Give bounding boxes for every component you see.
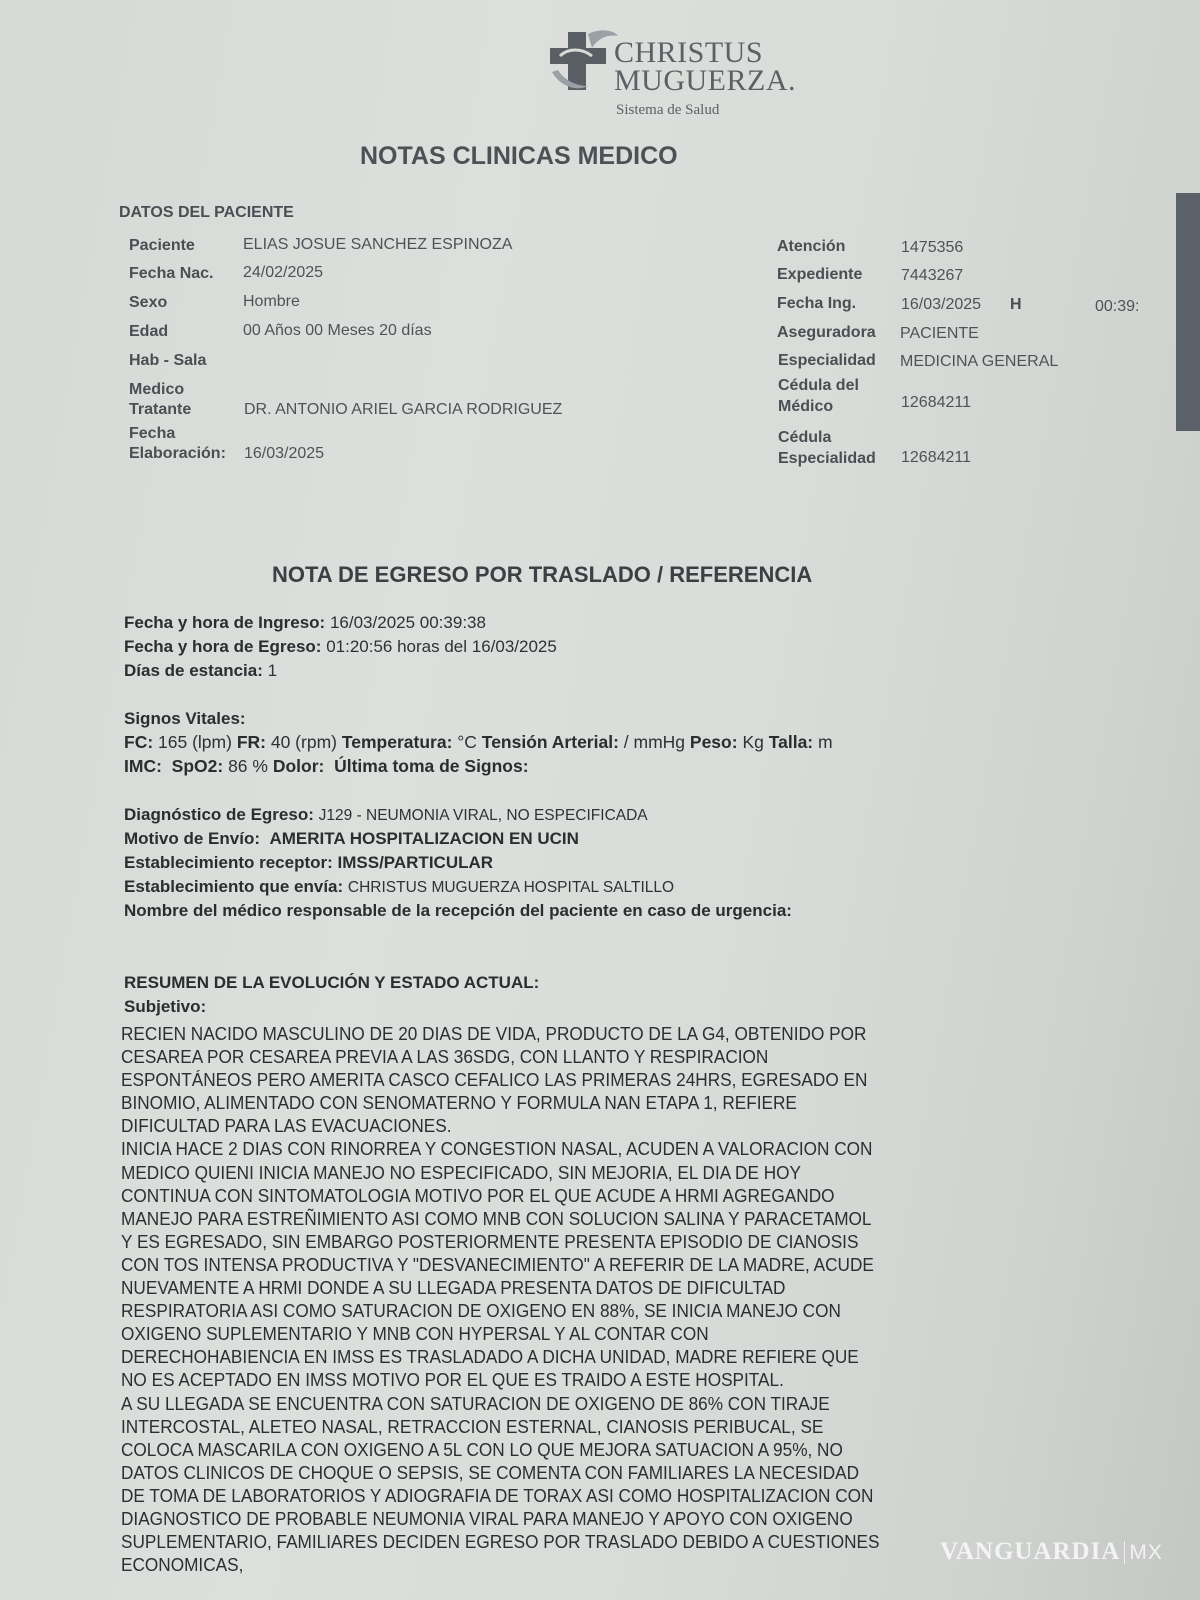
diagnosis-line: Diagnóstico de Egreso: J129 - NEUMONIA V… (124, 805, 648, 825)
elaboration-label-line1: Fecha (129, 424, 175, 444)
sex-value: Hombre (243, 292, 300, 312)
blood-pressure-label: Tensión Arterial: (482, 732, 619, 752)
height-value: m (818, 732, 833, 752)
weight-value: Kg (742, 732, 763, 752)
fc-value: 165 (lpm) (158, 732, 232, 752)
receiver-label: Establecimiento receptor: (124, 853, 333, 872)
subjective-line: RESPIRATORIA ASI COMO SATURACION DE OXIG… (121, 1299, 995, 1322)
doctor-label-line2: Tratante (129, 400, 191, 420)
last-vitals-label: Última toma de Signos: (334, 756, 528, 776)
subjective-line: ESPONTÁNEOS PERO AMERITA CASCO CEFALICO … (121, 1068, 995, 1091)
height-label: Talla: (769, 732, 813, 752)
publisher-watermark: VANGUARDIAMX (940, 1538, 1163, 1566)
subjective-line: MANEJO PARA ESTREÑIMIENTO ASI COMO MNB C… (121, 1207, 995, 1230)
discharge-line: Fecha y hora de Egreso: 01:20:56 horas d… (124, 637, 557, 657)
subjective-line: RECIEN NACIDO MASCULINO DE 20 DIAS DE VI… (121, 1022, 995, 1045)
birthdate-label: Fecha Nac. (129, 264, 213, 284)
subjective-line: OXIGENO SUPLEMENTARIO Y MNB CON HYPERSAL… (121, 1322, 995, 1345)
subjective-line: DIFICULTAD PARA LAS EVACUACIONES. (121, 1114, 995, 1137)
attention-label: Atención (777, 237, 845, 257)
summary-heading: RESUMEN DE LA EVOLUCIÓN Y ESTADO ACTUAL: (124, 973, 539, 992)
subjective-line: DERECHOHABIENCIA EN IMSS ES TRASLADADO A… (121, 1345, 995, 1368)
insurer-value: PACIENTE (900, 324, 979, 344)
subjective-line: DIAGNOSTICO DE PROBABLE NEUMONIA VIRAL P… (121, 1507, 995, 1530)
specialty-id-value: 12684211 (901, 448, 971, 468)
logo-name-line2: MUGUERZA. (614, 64, 796, 98)
doctor-value: DR. ANTONIO ARIEL GARCIA RODRIGUEZ (244, 400, 562, 420)
vitals-line-2: IMC: SpO2: 86 % Dolor: Última toma de Si… (124, 756, 529, 777)
watermark-brand: VANGUARDIA (940, 1538, 1120, 1565)
pain-label: Dolor: (273, 756, 325, 776)
subjective-line: A SU LLEGADA SE ENCUENTRA CON SATURACION… (121, 1392, 995, 1415)
specialty-label: Especialidad (778, 351, 876, 371)
patient-section-heading: DATOS DEL PACIENTE (119, 204, 294, 222)
fr-value: 40 (rpm) (271, 732, 337, 752)
reason-value: AMERITA HOSPITALIZACION EN UCIN (269, 829, 578, 848)
temperature-label: Temperatura: (342, 732, 453, 752)
admission-label: Fecha y hora de Ingreso: (124, 613, 325, 632)
temperature-value: °C (457, 732, 477, 752)
admission-hour-label: H (1010, 295, 1022, 315)
logo-subtitle: Sistema de Salud (616, 102, 719, 119)
sender-label: Establecimiento que envía: (124, 877, 343, 896)
sender-value: CHRISTUS MUGUERZA HOSPITAL SALTILLO (348, 879, 674, 896)
subjective-line: NO ES ACEPTADO EN IMSS MOTIVO POR EL QUE… (121, 1368, 995, 1391)
subjective-text: RECIEN NACIDO MASCULINO DE 20 DIAS DE VI… (121, 1022, 995, 1576)
note-title: NOTA DE EGRESO POR TRASLADO / REFERENCIA (272, 562, 812, 588)
cross-logo-icon (548, 26, 618, 96)
elaboration-label-line2: Elaboración: (129, 444, 226, 464)
attention-value: 1475356 (901, 238, 963, 258)
subjective-line: MEDICO QUIENI INICIA MANEJO NO ESPECIFIC… (121, 1161, 995, 1184)
admission-line: Fecha y hora de Ingreso: 16/03/2025 00:3… (124, 613, 486, 633)
bmi-label: IMC: (124, 756, 162, 776)
spo2-value: 86 % (228, 756, 268, 776)
specialty-id-label-line2: Especialidad (778, 449, 876, 469)
stay-line: Días de estancia: 1 (124, 661, 277, 681)
watermark-suffix: MX (1124, 1541, 1163, 1564)
binder-tab (1176, 193, 1200, 431)
subjective-line: ECONOMICAS, (121, 1553, 995, 1576)
insurer-label: Aseguradora (777, 323, 876, 343)
receiver-line: Establecimiento receptor: IMSS/PARTICULA… (124, 853, 493, 873)
admission-date-value: 16/03/2025 (901, 295, 981, 315)
vitals-heading-line: Signos Vitales: (124, 709, 246, 729)
specialty-value: MEDICINA GENERAL (900, 352, 1058, 372)
discharge-label: Fecha y hora de Egreso: (124, 637, 321, 656)
subjective-label-line: Subjetivo: (124, 997, 206, 1017)
subjective-line: BINOMIO, ALIMENTADO CON SENOMATERNO Y FO… (121, 1091, 995, 1114)
receiving-doctor-label: Nombre del médico responsable de la rece… (124, 901, 792, 920)
birthdate-value: 24/02/2025 (243, 263, 323, 283)
stay-days: 1 (268, 661, 277, 680)
diagnosis-label: Diagnóstico de Egreso: (124, 805, 314, 824)
record-value: 7443267 (901, 266, 963, 286)
admission-hour-value: 00:39: (1095, 297, 1139, 317)
specialty-id-label-line1: Cédula (778, 428, 831, 448)
record-label: Expediente (777, 265, 862, 285)
subjective-line: Y ES EGRESADO, SIN EMBARGO POSTERIORMENT… (121, 1230, 995, 1253)
age-label: Edad (129, 322, 168, 342)
age-value: 00 Años 00 Meses 20 días (243, 321, 432, 341)
subjective-line: COLOCA MASCARILA CON OXIGENO A 5L CON LO… (121, 1438, 995, 1461)
doctor-label-line1: Medico (129, 380, 184, 400)
reason-line: Motivo de Envío: AMERITA HOSPITALIZACION… (124, 829, 579, 849)
diagnosis-value: J129 - NEUMONIA VIRAL, NO ESPECIFICADA (319, 807, 648, 824)
sex-label: Sexo (129, 293, 167, 313)
subjective-line: INTERCOSTAL, ALETEO NASAL, RETRACCION ES… (121, 1415, 995, 1438)
subjective-line: CESAREA POR CESAREA PREVIA A LAS 36SDG, … (121, 1045, 995, 1068)
sender-line: Establecimiento que envía: CHRISTUS MUGU… (124, 877, 674, 897)
subjective-line: SUPLEMENTARIO, FAMILIARES DECIDEN EGRESO… (121, 1530, 995, 1553)
weight-label: Peso: (690, 732, 738, 752)
receiver-value: IMSS/PARTICULAR (338, 853, 494, 872)
subjective-line: CONTINUA CON SINTOMATOLOGIA MOTIVO POR E… (121, 1184, 995, 1207)
reason-label: Motivo de Envío: (124, 829, 260, 848)
subjective-label: Subjetivo: (124, 997, 206, 1016)
spo2-label: SpO2: (172, 756, 224, 776)
patient-name: ELIAS JOSUE SANCHEZ ESPINOZA (243, 235, 512, 255)
subjective-line: CON TOS INTENSA PRODUCTIVA Y "DESVANECIM… (121, 1253, 995, 1276)
admission-date-label: Fecha Ing. (777, 294, 856, 314)
admission-datetime: 16/03/2025 00:39:38 (330, 613, 486, 632)
receiving-doctor-line: Nombre del médico responsable de la rece… (124, 901, 792, 921)
room-label: Hab - Sala (129, 351, 206, 371)
doctor-id-label-line2: Médico (778, 397, 833, 417)
doctor-id-label-line1: Cédula del (778, 376, 859, 396)
subjective-line: DATOS CLINICOS DE CHOQUE O SEPSIS, SE CO… (121, 1461, 995, 1484)
subjective-line: NUEVAMENTE A HRMI DONDE A SU LLEGADA PRE… (121, 1276, 995, 1299)
patient-label: Paciente (129, 236, 195, 256)
fr-label: FR: (237, 732, 266, 752)
summary-heading-line: RESUMEN DE LA EVOLUCIÓN Y ESTADO ACTUAL: (124, 973, 539, 993)
document-title: NOTAS CLINICAS MEDICO (360, 142, 678, 171)
clinical-note-page: CHRISTUS MUGUERZA. Sistema de Salud NOTA… (0, 0, 1200, 1600)
christus-muguerza-logo: CHRISTUS MUGUERZA. Sistema de Salud (548, 26, 788, 126)
blood-pressure-value: / mmHg (624, 732, 685, 752)
vitals-line-1: FC: 165 (lpm) FR: 40 (rpm) Temperatura: … (124, 732, 833, 753)
vitals-heading: Signos Vitales: (124, 709, 246, 728)
doctor-id-value: 12684211 (901, 393, 971, 413)
fc-label: FC: (124, 732, 153, 752)
elaboration-value: 16/03/2025 (244, 444, 324, 464)
stay-label: Días de estancia: (124, 661, 263, 680)
subjective-line: INICIA HACE 2 DIAS CON RINORREA Y CONGES… (121, 1137, 995, 1160)
discharge-datetime: 01:20:56 horas del 16/03/2025 (326, 637, 557, 656)
subjective-line: DE TOMA DE LABORATORIOS Y ADIOGRAFIA DE … (121, 1484, 995, 1507)
